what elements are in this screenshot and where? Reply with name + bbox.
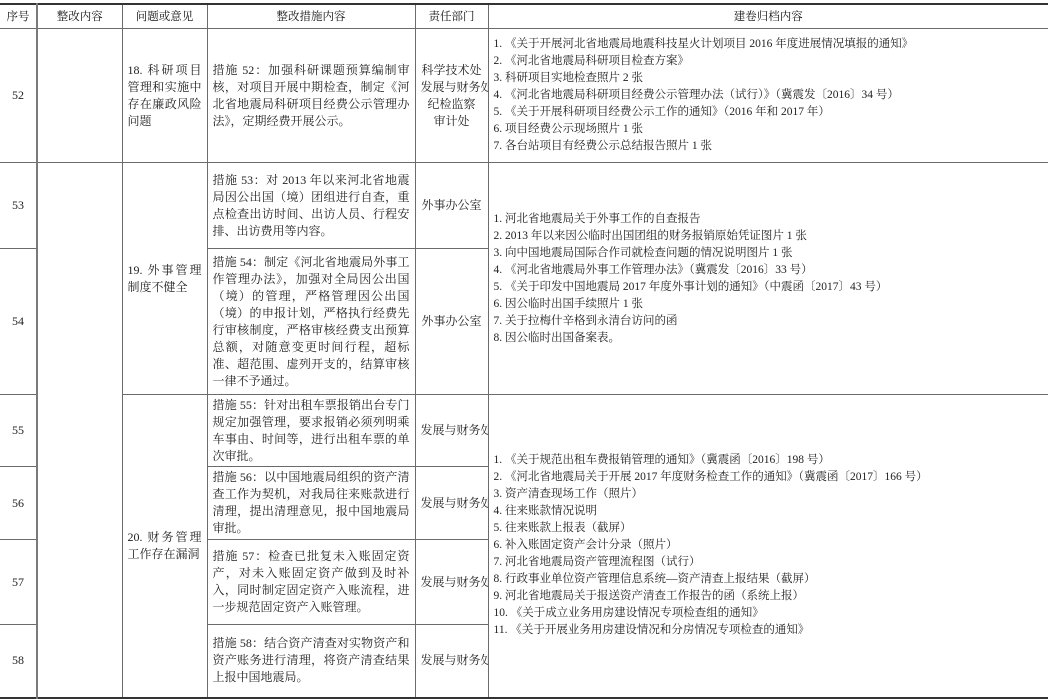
row-seq: 57 [0,540,37,625]
dept-cell: 外事办公室 [415,163,488,249]
issue-cell: 19. 外事管理制度不健全 [122,163,207,395]
dept-cell: 外事办公室 [415,249,488,395]
archive-item: 2. 《河北省地震局科研项目检查方案》 [494,53,1044,70]
archive-item: 7. 关于拉梅什辛格到永清台访问的函 [494,313,1044,330]
dept-cell: 发展与财务处 [415,625,488,698]
dept-cell: 发展与财务处 [415,467,488,540]
archive-item: 4. 《河北省地震局外事工作管理办法》（冀震发〔2016〕33 号） [494,262,1044,279]
archive-item: 4. 往来账款情况说明 [494,503,1044,520]
dept-line: 科学技术处 [421,62,483,79]
rectification-table: 序号 整改内容 问题或意见 整改措施内容 责任部门 建卷归档内容 52 18. … [0,3,1048,699]
measure-cell: 措施 58：结合资产清查对实物资产和资产账务进行清理，将资产清查结果上报中国地震… [207,625,415,698]
archive-cell: 1. 《关于开展河北省地震局地震科技星火计划项目 2016 年度进展情况填报的通… [488,29,1048,163]
archive-item: 10. 《关于成立业务用房建设情况专项检查组的通知》 [494,605,1044,622]
content-cell [37,163,122,698]
archive-item: 6. 项目经费公示现场照片 1 张 [494,121,1044,138]
table-row: 55 20. 财务管理工作存在漏洞 措施 55：针对出租车票报销出台专门规定加强… [0,395,1048,467]
archive-item: 6. 因公临时出国手续照片 1 张 [494,296,1044,313]
row-seq: 55 [0,395,37,467]
archive-item: 8. 因公临时出国备案表。 [494,330,1044,347]
archive-list: 1. 河北省地震局关于外事工作的自查报告 2. 2013 年以来因公临时出国团组… [494,211,1044,347]
archive-item: 3. 科研项目实地检查照片 2 张 [494,70,1044,87]
dept-cell: 发展与财务处 [415,395,488,467]
measure-cell: 措施 57：检查已批复未入账固定资产，对未入账固定资产做到及时补入，同时制定固定… [207,540,415,625]
archive-item: 1. 《关于开展河北省地震局地震科技星火计划项目 2016 年度进展情况填报的通… [494,36,1044,53]
dept-line: 发展与财务处 [421,79,483,96]
archive-list: 1. 《关于开展河北省地震局地震科技星火计划项目 2016 年度进展情况填报的通… [494,36,1044,155]
archive-item: 3. 向中国地震局国际合作司就检查问题的情况说明图片 1 张 [494,245,1044,262]
row-seq: 52 [0,29,37,163]
archive-cell: 1. 河北省地震局关于外事工作的自查报告 2. 2013 年以来因公临时出国团组… [488,163,1048,395]
measure-cell: 措施 56：以中国地震局组织的资产清查工作为契机，对我局往来账款进行清理，提出清… [207,467,415,540]
archive-item: 7. 各台站项目有经费公示总结报告照片 1 张 [494,138,1044,155]
archive-item: 5. 往来账款上报表（截屏） [494,520,1044,537]
archive-item: 1. 河北省地震局关于外事工作的自查报告 [494,211,1044,228]
measure-cell: 措施 55：针对出租车票报销出台专门规定加强管理，要求报销必须列明乘车事由、时间… [207,395,415,467]
row-seq: 54 [0,249,37,395]
dept-cell: 科学技术处 发展与财务处 纪检监察 审计处 [415,29,488,163]
measure-cell: 措施 52：加强科研课题预算编制审核，对项目开展中期检查，制定《河北省地震局科研… [207,29,415,163]
archive-item: 2. 《河北省地震局关于开展 2017 年度财务检查工作的通知》（冀震函〔201… [494,469,1044,486]
table-row: 52 18. 科研项目管理和实施中存在廉政风险问题 措施 52：加强科研课题预算… [0,29,1048,163]
dept-cell: 发展与财务处 [415,540,488,625]
archive-list: 1. 《关于规范出租车费报销管理的通知》（冀震函〔2016〕198 号） 2. … [494,452,1044,639]
dept-line: 审计处 [421,113,483,130]
archive-item: 5. 《关于印发中国地震局 2017 年度外事计划的通知》（中震函〔2017〕4… [494,279,1044,296]
issue-cell: 18. 科研项目管理和实施中存在廉政风险问题 [122,29,207,163]
archive-item: 4. 《河北省地震局科研项目经费公示管理办法（试行）》（冀震发〔2016〕34 … [494,87,1044,104]
measure-cell: 措施 53：对 2013 年以来河北省地震局因公出国（境）团组进行自查，重点检查… [207,163,415,249]
measure-cell: 措施 54：制定《河北省地震局外事工作管理办法》，加强对全局因公出国（境）的管理… [207,249,415,395]
content-cell [37,29,122,163]
archive-item: 1. 《关于规范出租车费报销管理的通知》（冀震函〔2016〕198 号） [494,452,1044,469]
dept-line: 纪检监察 [421,96,483,113]
archive-item: 6. 补入账固定资产会计分录（照片） [494,537,1044,554]
header-dept: 责任部门 [415,4,488,29]
row-seq: 56 [0,467,37,540]
archive-item: 3. 资产清查现场工作（照片） [494,486,1044,503]
archive-item: 7. 河北省地震局资产管理流程图（试行） [494,554,1044,571]
header-seq: 序号 [0,4,37,29]
header-archive: 建卷归档内容 [488,4,1048,29]
archive-item: 9. 河北省地震局关于报送资产清查工作报告的函（系统上报） [494,588,1044,605]
table-row: 53 19. 外事管理制度不健全 措施 53：对 2013 年以来河北省地震局因… [0,163,1048,249]
row-seq: 53 [0,163,37,249]
archive-item: 11. 《关于开展业务用房建设情况和分房情况专项检查的通知》 [494,622,1044,639]
archive-item: 8. 行政事业单位资产管理信息系统—资产清查上报结果（截屏） [494,571,1044,588]
issue-cell: 20. 财务管理工作存在漏洞 [122,395,207,698]
header-issue: 问题或意见 [122,4,207,29]
row-seq: 58 [0,625,37,698]
archive-item: 2. 2013 年以来因公临时出国团组的财务报销原始凭证图片 1 张 [494,228,1044,245]
archive-cell: 1. 《关于规范出租车费报销管理的通知》（冀震函〔2016〕198 号） 2. … [488,395,1048,698]
header-row: 序号 整改内容 问题或意见 整改措施内容 责任部门 建卷归档内容 [0,4,1048,29]
archive-item: 5. 《关于开展科研项目经费公示工作的通知》（2016 年和 2017 年） [494,104,1044,121]
header-content: 整改内容 [37,4,122,29]
header-measure: 整改措施内容 [207,4,415,29]
